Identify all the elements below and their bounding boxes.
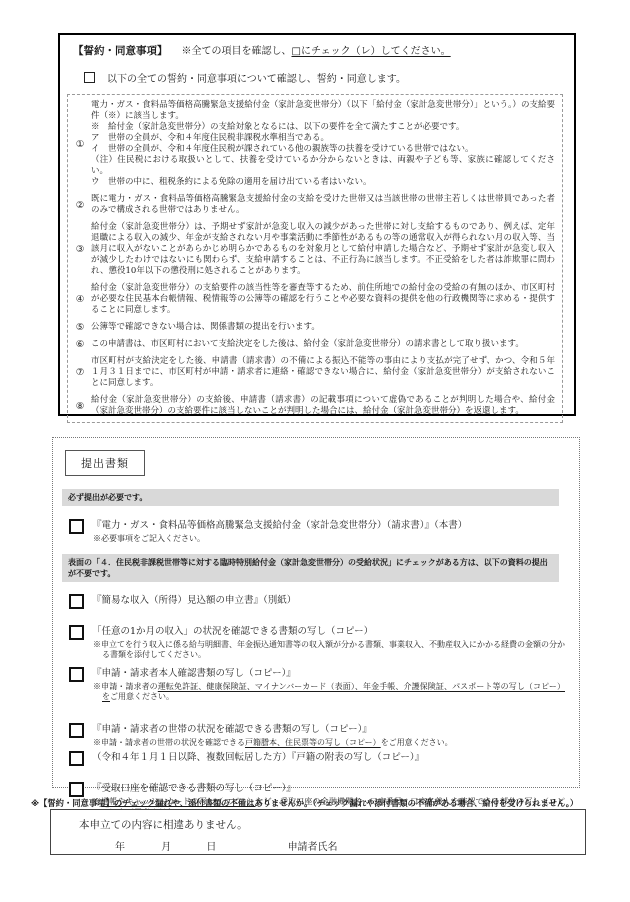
pledge-item-2: ② 既に電力・ガス・食料品等価格高騰緊急支援給付金の支給を受けた世帯又は当該世帯… (69, 194, 555, 216)
pledge-item-3-number: ③ (69, 244, 91, 255)
month-label: 月 (161, 842, 171, 853)
pledge-item-3: ③ 給付金（家計急変世帯分）は、予期せず家計が急変し収入の減少があった世帯に対し… (69, 222, 555, 277)
doc-item-monthly-income-proof: 「任意の1か月の収入」の状況を確認できる書類の写し（コピー） ※申立てを行う収入… (69, 625, 565, 661)
doc-item-application-form: 『電力・ガス・食料品等価格高騰緊急支援給付金（家計急変世帯分）（請求書）』（本書… (69, 519, 565, 545)
doc-checkbox-identity-proof[interactable] (69, 667, 84, 682)
pledge-item-8: ⑧ 給付金（家計急変世帯分）の支給後、申請書（請求書）の記載事項について虚偽であ… (69, 395, 555, 417)
doc-item-income-statement: 『簡易な収入（所得）見込額の申立書』（別紙） (69, 594, 565, 609)
pledge-item-4-number: ④ (69, 294, 91, 305)
pledge-title-note: ※全ての項目を確認し、□にチェック（レ）してください。 (182, 46, 451, 57)
pledge-section: 【誓約・同意事項】※全ての項目を確認し、□にチェック（レ）してください。 以下の… (58, 33, 576, 416)
doc-item-household-status-proof: 『申請・請求者の世帯の状況を確認できる書類の写し（コピー）』 ※申請・請求者の世… (69, 723, 565, 749)
pledge-item-8-number: ⑧ (69, 401, 91, 412)
doc-checkbox-application-form[interactable] (69, 519, 84, 534)
pledge-item-2-number: ② (69, 200, 91, 211)
pledge-header: 【誓約・同意事項】※全ての項目を確認し、□にチェック（レ）してください。 (60, 35, 574, 58)
day-label: 日 (206, 842, 216, 853)
agree-all-label: 以下の全ての誓約・同意事項について確認し、誓約・同意します。 (107, 70, 406, 85)
applicant-name-label: 申請者氏名 (288, 842, 338, 853)
pledge-item-4: ④ 給付金（家計急変世帯分）の支給要件の該当性等を審査等するため、前住所地での給… (69, 283, 555, 316)
doc-item-identity-proof: 『申請・請求者本人確認書類の写し（コピー）』 ※申請・請求者の運転免許証、健康保… (69, 667, 565, 703)
pledge-item-5: ⑤ 公簿等で確認できない場合は、関係書類の提出を行います。 (69, 322, 555, 333)
doc-checkbox-monthly-income-proof[interactable] (69, 625, 84, 640)
doc-item-family-register-appendix: （令和４年１月１日以降、複数回転居した方）『戸籍の附表の写し（コピー）』 (69, 751, 565, 766)
signature-section: 本申立ての内容に相違ありません。 年 月 日 申請者氏名 (50, 809, 586, 855)
required-documents-bar: 必ず提出が必要です。 (62, 489, 559, 506)
declaration-text: 本申立ての内容に相違ありません。 (51, 810, 585, 832)
doc-checkbox-bank-account-proof[interactable] (69, 782, 84, 797)
pledge-item-6: ⑥ この申請書は、市区町村において支給決定をした後は、給付金（家計急変世帯分）の… (69, 339, 555, 350)
agree-all-row: 以下の全ての誓約・同意事項について確認し、誓約・同意します。 (84, 70, 574, 85)
pledge-item-7-number: ⑦ (69, 367, 91, 378)
doc-checkbox-family-register-appendix[interactable] (69, 751, 84, 766)
conditional-documents-bar: 表面の「４．住民税非課税世帯等に対する臨時特別給付金（家計急変世帯分）の受給状況… (62, 554, 559, 582)
doc-checkbox-income-statement[interactable] (69, 594, 84, 609)
year-label: 年 (115, 842, 125, 853)
documents-section: 提出書類 必ず提出が必要です。 『電力・ガス・食料品等価格高騰緊急支援給付金（家… (52, 437, 580, 788)
check-omission-warning: ※【誓約・同意事項】のチェック漏れや、添付書類の不備はありませんか。（チェック漏… (31, 797, 597, 809)
pledge-items-box: ① 電力・ガス・食料品等価格高騰緊急支援給付金（家計急変世帯分）（以下「給付金（… (67, 94, 563, 423)
pledge-title: 【誓約・同意事項】 (73, 45, 168, 57)
pledge-item-1: ① 電力・ガス・食料品等価格高騰緊急支援給付金（家計急変世帯分）（以下「給付金（… (69, 100, 555, 188)
date-signature-row: 年 月 日 申請者氏名 (51, 838, 585, 853)
pledge-item-7: ⑦ 市区町村が支給決定をした後、申請書（請求書）の不備による振込不能等の事由によ… (69, 356, 555, 389)
pledge-item-5-number: ⑤ (69, 322, 91, 333)
pledge-item-1-number: ① (69, 139, 91, 150)
doc-checkbox-household-status-proof[interactable] (69, 723, 84, 738)
agree-all-checkbox[interactable] (84, 72, 95, 83)
documents-section-label: 提出書類 (65, 450, 145, 476)
pledge-item-6-number: ⑥ (69, 339, 91, 350)
